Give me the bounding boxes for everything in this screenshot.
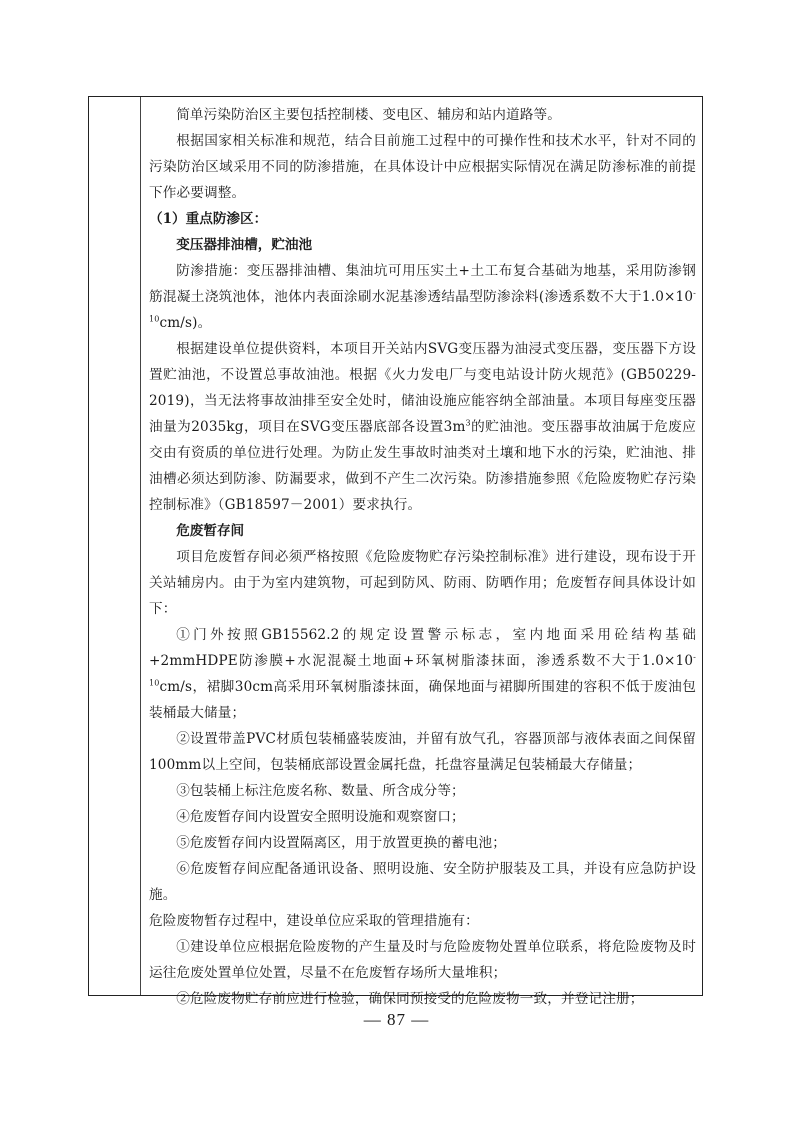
heading-transformer-oil: 变压器排油槽，贮油池 (149, 232, 696, 258)
paragraph-item-1: ①门外按照GB15562.2的规定设置警示标志，室内地面采用砼结构基础+2mmH… (149, 622, 696, 726)
paragraph-item-5: ⑤危废暂存间内设置隔离区，用于放置更换的蓄电池； (149, 830, 696, 856)
table-right-column: 简单污染防治区主要包括控制楼、变电区、辅房和站内道路等。 根据国家相关标准和规范… (142, 97, 702, 995)
heading-hazardous-storage: 危废暂存间 (149, 518, 696, 544)
paragraph-item-4: ④危废暂存间内设置安全照明设施和观察窗口； (149, 804, 696, 830)
paragraph-standards: 根据国家相关标准和规范，结合目前施工过程中的可操作性和技术水平，针对不同的污染防… (149, 128, 696, 206)
paragraph-management-intro: 危险废物暂存过程中，建设单位应采取的管理措施有： (149, 908, 696, 934)
table-left-column (89, 97, 141, 995)
paragraph-seepage-measures: 防渗措施：变压器排油槽、集油坑可用压实土+土工布复合基础为地基，采用防渗钢筋混凝… (149, 258, 696, 336)
paragraph-item-3: ③包装桶上标注危废名称、数量、所含成分等； (149, 778, 696, 804)
paragraph-item-2: ②设置带盖PVC材质包装桶盛装废油，并留有放气孔，容器顶部与液体表面之间保留10… (149, 726, 696, 778)
paragraph-transformer-details: 根据建设单位提供资料，本项目开关站内SVG变压器为油浸式变压器，变压器下方设置贮… (149, 336, 696, 518)
heading-key-seepage-zone: （1）重点防渗区： (149, 206, 696, 232)
paragraph-storage-intro: 项目危废暂存间必须严格按照《危险废物贮存污染控制标准》进行建设，现布设于开关站辅… (149, 544, 696, 622)
page-number: — 87 — (0, 1010, 793, 1030)
paragraph-simple-zone: 简单污染防治区主要包括控制楼、变电区、辅房和站内道路等。 (149, 102, 696, 128)
paragraph-management-2: ②危险废物贮存前应进行检验，确保同预接受的危险废物一致，并登记注册； (149, 986, 696, 1012)
paragraph-management-1: ①建设单位应根据危险废物的产生量及时与危险废物处置单位联系，将危险废物及时运往危… (149, 934, 696, 986)
content-table: 简单污染防治区主要包括控制楼、变电区、辅房和站内道路等。 根据国家相关标准和规范… (88, 96, 703, 996)
paragraph-item-6: ⑥危废暂存间应配备通讯设备、照明设施、安全防护服装及工具，并设有应急防护设施。 (149, 856, 696, 908)
